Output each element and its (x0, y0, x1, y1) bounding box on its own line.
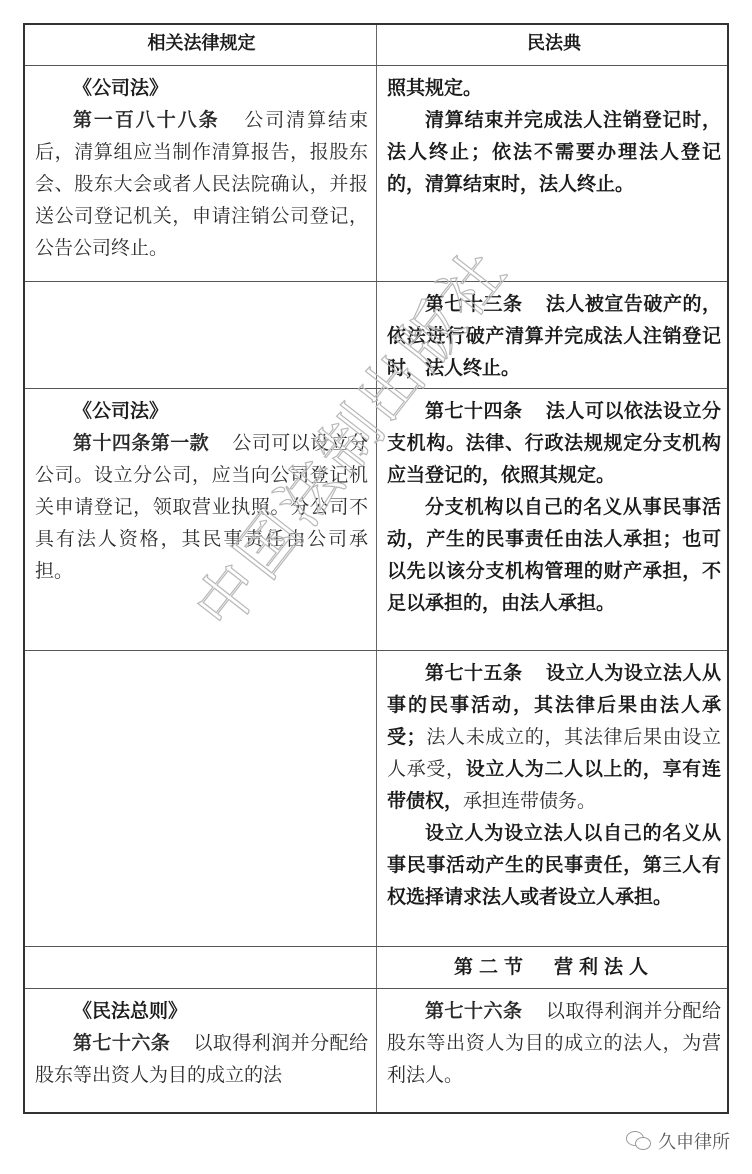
article-number: 第七十五条 (425, 662, 523, 684)
law-title: 《民法总则》 (35, 995, 368, 1027)
article-number: 第七十四条 (425, 400, 523, 422)
related-law-cell: 《公司法》 第一百八十八条公司清算结束后，清算组应当制作清算报告，报股东会、股东… (25, 66, 377, 281)
related-law-cell: 《公司法》 第十四条第一款公司可以设立分公司。设立分公司，应当向公司登记机关申请… (25, 389, 377, 650)
article-number: 第七十六条 (425, 1000, 523, 1022)
table-row: 《公司法》 第十四条第一款公司可以设立分公司。设立分公司，应当向公司登记机关申请… (25, 388, 727, 650)
related-law-cell-empty (25, 282, 377, 388)
law-title: 《公司法》 (35, 395, 368, 427)
table-row: 第七十三条法人被宣告破产的，依法进行破产清算并完成法人注销登记时，法人终止。 (25, 281, 727, 388)
law-title: 《公司法》 (35, 72, 368, 104)
table-row: 《公司法》 第一百八十八条公司清算结束后，清算组应当制作清算报告，报股东会、股东… (25, 65, 727, 281)
section-heading: 第二节 营利法人 (377, 947, 727, 988)
header-civil-code: 民法典 (377, 25, 727, 65)
related-law-cell-empty (25, 947, 377, 988)
civil-code-cell: 第七十四条法人可以依法设立分支机构。法律、行政法规规定分支机构应当登记的，依照其… (377, 389, 727, 650)
civil-code-cell: 第七十五条设立人为设立法人从事的民事活动，其法律后果由法人承受；法人未成立的，其… (377, 651, 727, 946)
wechat-icon (626, 1131, 652, 1151)
header-related-laws: 相关法律规定 (25, 25, 377, 65)
civil-code-cell: 照其规定。 清算结束并完成法人注销登记时，法人终止；依法不需要办理法人登记的，清… (377, 66, 727, 281)
article-number: 第十四条第一款 (73, 432, 209, 454)
article-number: 第七十三条 (425, 293, 523, 315)
article-number: 第七十六条 (73, 1032, 170, 1054)
civil-code-cell: 第七十六条以取得利润并分配给股东等出资人为目的成立的法人，为营利法人。 (377, 989, 727, 1112)
brand-label: 久申律所 (658, 1128, 730, 1154)
related-law-cell: 《民法总则》 第七十六条以取得利润并分配给股东等出资人为目的成立的法 (25, 989, 377, 1112)
footer-brand: 久申律所 (626, 1128, 730, 1154)
table-header-row: 相关法律规定 民法典 (25, 25, 727, 65)
civil-code-cell: 第七十三条法人被宣告破产的，依法进行破产清算并完成法人注销登记时，法人终止。 (377, 282, 727, 388)
table-row: 第二节 营利法人 (25, 946, 727, 988)
law-comparison-table: 相关法律规定 民法典 《公司法》 第一百八十八条公司清算结束后，清算组应当制作清… (23, 23, 729, 1114)
table-row: 《民法总则》 第七十六条以取得利润并分配给股东等出资人为目的成立的法 第七十六条… (25, 988, 727, 1112)
table-row: 第七十五条设立人为设立法人从事的民事活动，其法律后果由法人承受；法人未成立的，其… (25, 650, 727, 946)
law-article-text: 第一百八十八条公司清算结束后，清算组应当制作清算报告，报股东会、股东大会或者人民… (35, 104, 368, 264)
related-law-cell-empty (25, 651, 377, 946)
article-number: 第一百八十八条 (73, 109, 220, 131)
